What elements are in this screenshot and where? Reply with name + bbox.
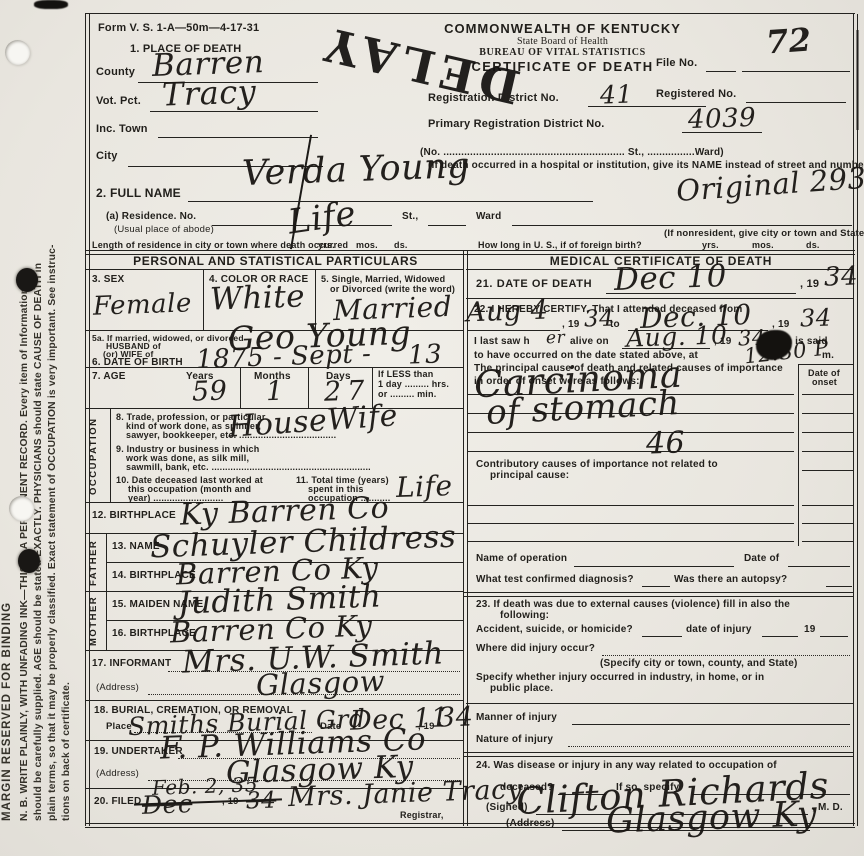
form-number: Form V. S. 1-A—50m—4-17-31: [98, 22, 259, 34]
date-of-death-value: Dec 10: [613, 258, 727, 298]
informant-address-value: Glasgow: [255, 664, 385, 702]
commonwealth-title: COMMONWEALTH OF KENTUCKY: [390, 21, 735, 36]
trade-value: HouseWife: [227, 398, 399, 445]
dob-value: 1875 - Sept -: [196, 339, 372, 375]
occupation-side-label: OCCUPATION: [88, 410, 99, 502]
onset-cell-line: [802, 523, 853, 524]
injury-year-line: [820, 636, 848, 637]
form-border-right: [853, 14, 858, 826]
m-label: m.: [822, 350, 834, 361]
date-of-line: [788, 566, 850, 567]
full-name-label: 2. FULL NAME: [96, 186, 181, 200]
abode-note: (Usual place of abode): [114, 224, 214, 235]
registrar-label: Registrar,: [400, 810, 444, 820]
section-divider: [464, 592, 854, 597]
residence-ward-line: [512, 225, 852, 226]
contributory-rule: [468, 505, 794, 506]
onset-cell-line: [802, 413, 853, 414]
primary-registration-value: 4039: [687, 103, 756, 135]
mos2-label: mos.: [752, 240, 774, 250]
inc-town-line: [158, 137, 318, 138]
full-name-value: Verda Young: [241, 146, 470, 194]
onset-cell-line: [802, 394, 853, 395]
cell-divider: [110, 408, 111, 502]
row-rule: [85, 700, 463, 701]
personal-title-rule: [85, 269, 463, 270]
onset-cell-line: [802, 432, 853, 433]
vot-pct-label: Vot. Pct.: [96, 95, 141, 107]
total-time-value: Life: [395, 469, 453, 504]
to-year-pre: , 19: [772, 319, 789, 330]
contributory-line-1: Contributory causes of importance not re…: [476, 459, 718, 470]
residence-ward-label: Ward: [476, 211, 501, 222]
scan-smudge: [34, 0, 68, 9]
mos-label: mos.: [356, 240, 378, 250]
file-no-line-a: [706, 71, 736, 72]
color-race-value: White: [209, 278, 305, 317]
registration-district-label: Registration District No.: [428, 92, 559, 104]
binding-note: MARGIN RESERVED FOR BINDING: [1, 35, 13, 821]
attended-from-value: Aug 4: [465, 295, 548, 329]
full-name-line: [188, 201, 593, 202]
manner-line: [572, 724, 850, 725]
burial-year-value: 34: [437, 701, 473, 733]
contributory-rule: [468, 541, 794, 542]
punch-hole: [5, 40, 30, 65]
dob-day-value: 13: [407, 339, 442, 370]
row-rule: [85, 367, 463, 368]
lastsaw-mid: alive on: [570, 336, 609, 347]
her-superscript: er: [546, 328, 566, 349]
punch-hole-inked: [18, 549, 40, 573]
age-label: 7. AGE: [92, 371, 126, 382]
contributory-line-2: principal cause:: [490, 470, 569, 481]
injury-date-label: date of injury: [686, 624, 752, 635]
registered-no-label: Registered No.: [656, 88, 736, 100]
primary-registration-label: Primary Registration District No.: [428, 118, 605, 130]
file-no-line-b: [742, 71, 850, 72]
punch-hole-inked: [16, 268, 38, 292]
date-of-death-year: 34: [823, 261, 858, 292]
nb-note-line1: N. B. WRITE PLAINLY, WITH UNFADING INK—T…: [18, 35, 32, 821]
specify-city-note: (Specify city or town, county, and State…: [600, 658, 797, 669]
cause-line-4: [468, 451, 794, 452]
where-injury-line: [602, 655, 850, 656]
sex-value: Female: [93, 288, 193, 321]
residence-st-line: [428, 225, 466, 226]
cell-divider: [308, 367, 309, 408]
informant-label: 17. INFORMANT: [92, 658, 171, 669]
operation-line: [574, 566, 734, 567]
informant-address-label: (Address): [96, 682, 139, 693]
age-years-value: 59: [191, 375, 227, 407]
death-certificate-scan: MARGIN RESERVED FOR BINDING N. B. WRITE …: [0, 0, 864, 856]
external-line-1: 23. If death was due to external causes …: [476, 599, 790, 610]
date-of-death-label: 21. DATE OF DEATH: [476, 278, 592, 290]
cause-line-3: [468, 432, 794, 433]
page-number: 72: [765, 20, 813, 61]
residence-label: (a) Residence. No.: [106, 211, 196, 222]
city-label: City: [96, 150, 118, 162]
undertaker-address-label: (Address): [96, 768, 139, 779]
specify-line-2: public place.: [490, 683, 553, 694]
sex-label: 3. SEX: [92, 274, 124, 285]
onset-cell-line: [802, 470, 853, 471]
to-year-value: 34: [800, 303, 833, 332]
nature-line: [568, 746, 850, 747]
where-injury-label: Where did injury occur?: [476, 643, 595, 654]
nature-label: Nature of injury: [476, 734, 553, 745]
cell-divider: [240, 367, 241, 408]
injury-19-label: 19: [804, 624, 816, 635]
nb-note-line2: should be carefully supplied. AGE should…: [32, 35, 46, 821]
onset-label-2: onset: [812, 377, 837, 387]
external-line-2: following:: [500, 610, 549, 621]
county-label: County: [96, 66, 135, 78]
lastsaw-year-pre: , 19: [714, 336, 731, 347]
father-side-label: FATHER: [88, 535, 99, 591]
industry-label-3: sawmill, bank, etc. ....................…: [126, 462, 371, 472]
ifless-label-3: or ......... min.: [378, 389, 436, 399]
operation-label: Name of operation: [476, 553, 567, 564]
scan-edge-mark: [856, 30, 859, 130]
nb-note-line3: plain terms, so that it may be properly …: [46, 35, 60, 821]
margin-note: MARGIN RESERVED FOR BINDING N. B. WRITE …: [1, 35, 81, 821]
lastsaw-value: Aug. 10: [626, 320, 728, 353]
length-residence-value: Life: [286, 193, 359, 242]
onset-cell-line: [802, 451, 853, 452]
row-rule: [466, 703, 853, 704]
ds2-label: ds.: [806, 240, 820, 250]
marital-label-1: 5. Single, Married, Widowed: [321, 274, 445, 284]
foreign-birth-label: How long in U. S., if of foreign birth?: [478, 240, 642, 250]
birthplace-label: 12. BIRTHPLACE: [92, 510, 176, 521]
length-residence-label: Length of residence in city or town wher…: [92, 240, 348, 250]
injury-date-line: [762, 636, 798, 637]
file-no-label: File No.: [656, 57, 697, 69]
manner-label: Manner of injury: [476, 712, 557, 723]
date-of-label: Date of: [744, 553, 779, 564]
form-border-top: [85, 13, 855, 14]
residence-st-label: St.,: [402, 211, 418, 222]
accident-line: [642, 636, 682, 637]
autopsy-label: Was there an autopsy?: [674, 574, 787, 585]
to-word: to: [610, 319, 620, 330]
inc-town-label: Inc. Town: [96, 123, 148, 135]
onset-column-line: [798, 364, 799, 546]
vot-pct-value: Tracy: [161, 72, 256, 113]
ds-label: ds.: [394, 240, 408, 250]
date-of-death-year-pre: , 19: [800, 278, 819, 290]
onset-top-rule: [798, 364, 853, 365]
onset-cell-line: [802, 505, 853, 506]
section-divider: [464, 752, 854, 757]
yrs2-label: yrs.: [702, 240, 719, 250]
physician-address-value: Glasgow Ky: [605, 794, 818, 841]
punch-hole: [9, 496, 34, 521]
onset-cell-line: [802, 541, 853, 542]
autopsy-line: [826, 586, 852, 587]
mother-side-label: MOTHER: [88, 593, 99, 649]
nb-note-line4: tions on back of certificate.: [60, 35, 74, 821]
contributory-rule: [468, 523, 794, 524]
ifless-label-1: If LESS than: [378, 369, 433, 379]
physician-address-label: (Address): [506, 818, 554, 829]
test-label: What test confirmed diagnosis?: [476, 574, 634, 585]
personal-title: PERSONAL AND STATISTICAL PARTICULARS: [88, 254, 463, 268]
yrs-label: yrs.: [318, 240, 335, 250]
lastsaw-pre: I last saw h: [474, 336, 530, 347]
ifless-label-2: 1 day ......... hrs.: [378, 379, 449, 389]
test-line: [642, 586, 670, 587]
specify-line-1: Specify whether injury occurred in indus…: [476, 672, 764, 683]
cell-divider: [203, 269, 204, 330]
registration-district-value: 41: [600, 79, 634, 109]
filed-corrected-date: Feb. 2, 35: [152, 772, 259, 800]
age-months-value: 1: [265, 376, 284, 408]
column-divider: [463, 250, 468, 826]
registered-no-line: [746, 102, 846, 103]
accident-label: Accident, suicide, or homicide?: [476, 624, 633, 635]
cause-code: 46: [645, 425, 685, 461]
nonresident-note: (If nonresident, give city or town and S…: [664, 228, 864, 239]
